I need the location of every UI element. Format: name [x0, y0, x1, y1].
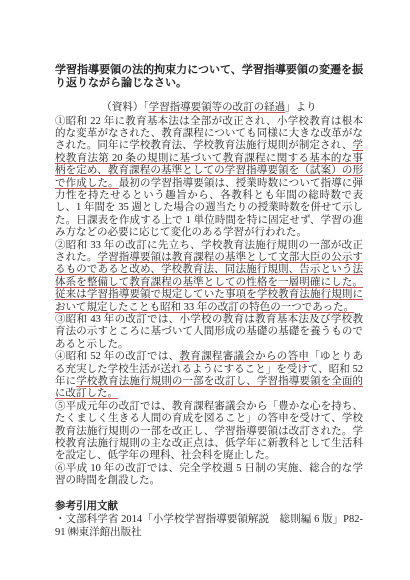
paragraph: ⑥平成 10 年の改訂では、完全学校週 5 日制の実施、総合的な学習の時間を創設…	[55, 463, 363, 488]
body-text: ⑥平成 10 年の改訂では、完全学校週 5 日制の実施、総合的な学習の時間を創設…	[55, 463, 363, 486]
source-caption-prefix: （資料）「	[101, 102, 148, 113]
source-caption-underlined-title: 学習指導要領等の改訂の経過	[149, 102, 286, 113]
source-caption: （資料）「学習指導要領等の改訂の経過」より	[55, 102, 363, 115]
paragraph: ③昭和 43 年の改訂では、小学校の教育は教育基本法及び学校教育法の示すところに…	[55, 314, 363, 351]
paragraph: ①昭和 22 年に教育基本法は全部が改正され、小学校教育は根本的な変革がなされた…	[55, 116, 363, 240]
paragraph: ④昭和 52 年の改訂では、教育課程審議会からの答申「ゆとりある充実した学校生活…	[55, 351, 363, 401]
document-body: ①昭和 22 年に教育基本法は全部が改正され、小学校教育は根本的な変革がなされた…	[55, 116, 363, 488]
body-text: ①昭和 22 年に教育基本法は全部が改正され、小学校教育は根本的な変革がなされた…	[55, 116, 363, 152]
essay-prompt: 学習指導要領の法的拘束力について、学習指導要領の変遷を振り返りながら論じなさい。	[55, 64, 363, 90]
document-page: 学習指導要領の法的拘束力について、学習指導要領の変遷を振り返りながら論じなさい。…	[0, 0, 410, 580]
reference-list: ・文部科学省 2014「小学校学習指導要領解説 総則編 6 版」P82-91 ㈱…	[55, 513, 363, 539]
body-text: ⑤平成元年の改訂では、教育課程審議会から「豊かな心を持ち、たくましく生きる人間の…	[55, 401, 363, 462]
red-underlined-text: 学校教育法施行規則の一部を改訂し、学習指導要領を全面的に改訂した。	[55, 376, 363, 399]
red-underlined-text: 教育課程審議会からの答申	[180, 351, 310, 362]
reference-item: ・文部科学省 2014「小学校学習指導要領解説 総則編 6 版」P82-91 ㈱…	[55, 513, 363, 539]
red-underlined-text: 学習指導要領は教育課程の基準として文部大臣の公示するものであると改め、学校教育法…	[55, 252, 363, 313]
body-text: ④昭和 52 年の改訂では、	[55, 351, 180, 362]
paragraph: ⑤平成元年の改訂では、教育課程審議会から「豊かな心を持ち、たくましく生きる人間の…	[55, 401, 363, 463]
paragraph: ②昭和 33 年の改訂に先立ち、学校教育法施行規則の一部が改正された。学習指導要…	[55, 240, 363, 314]
source-caption-suffix: 」より	[285, 102, 317, 113]
references-heading: 参考引用文献	[55, 501, 363, 514]
body-text: ③昭和 43 年の改訂では、小学校の教育は教育基本法及び学校教育法の示すところに…	[55, 314, 363, 350]
document-content: 学習指導要領の法的拘束力について、学習指導要領の変遷を振り返りながら論じなさい。…	[55, 64, 363, 539]
